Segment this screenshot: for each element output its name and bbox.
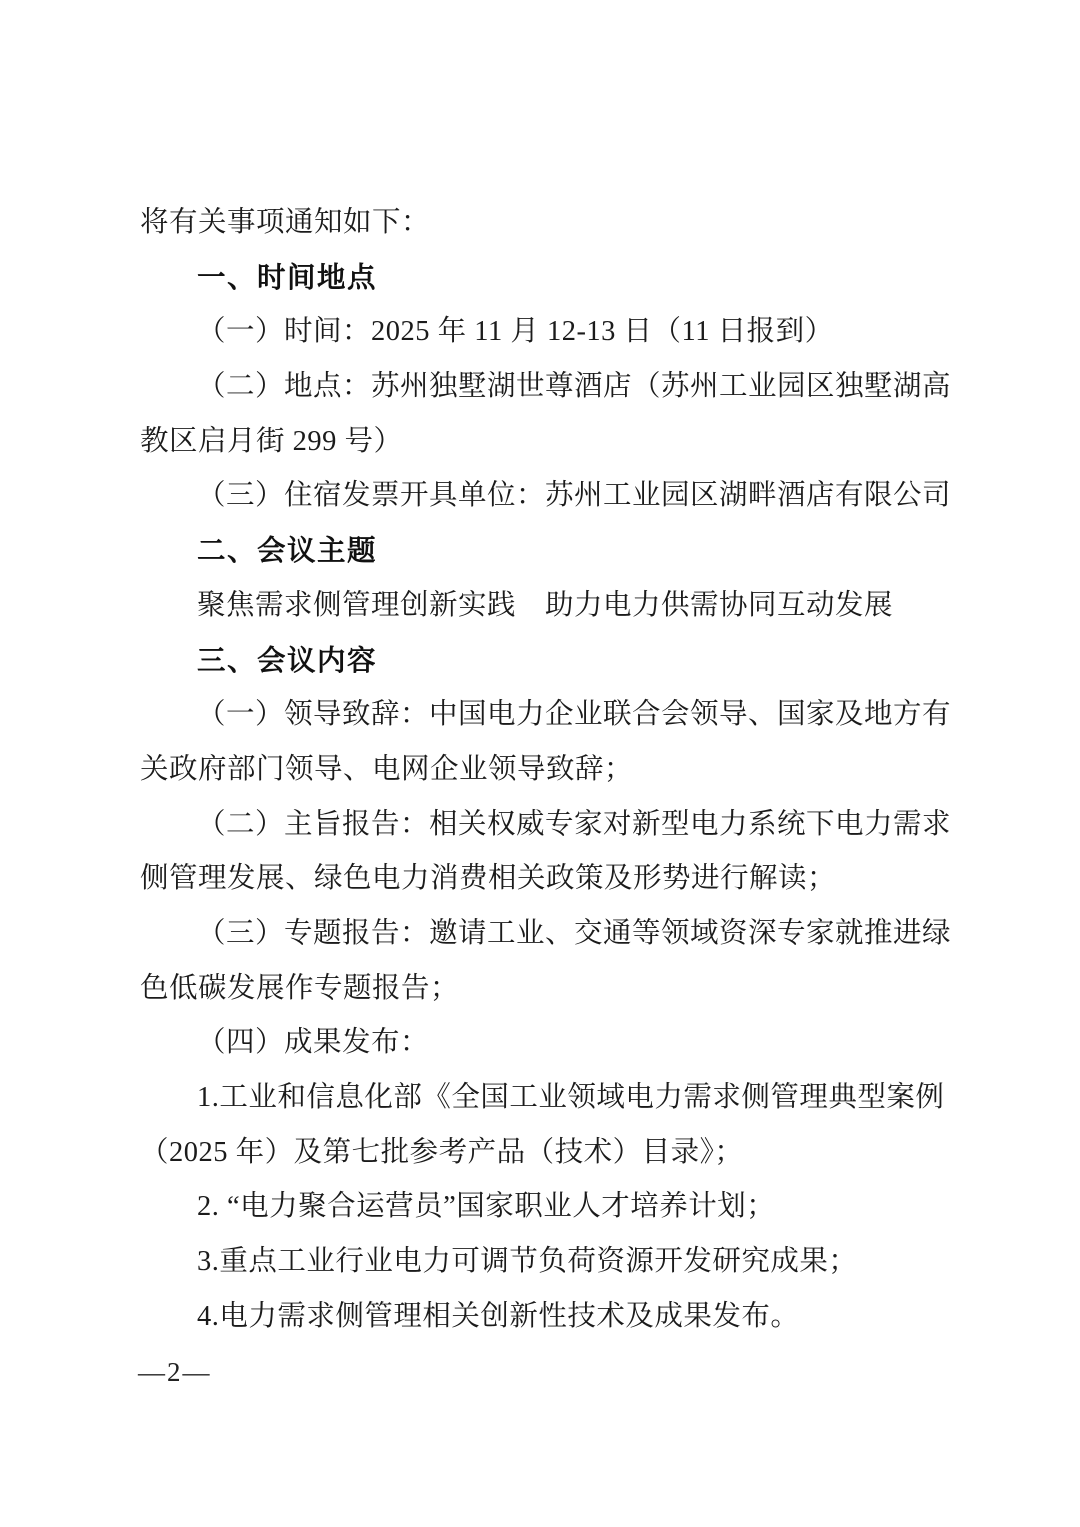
- section-heading: 二、会议主题: [140, 524, 946, 579]
- text-line: （一）领导致辞：中国电力企业联合会领导、国家及地方有: [140, 688, 946, 743]
- text-line: （三）专题报告：邀请工业、交通等领域资深专家就推进绿: [140, 907, 946, 962]
- text-line: 3.重点工业行业电力可调节负荷资源开发研究成果；: [140, 1235, 946, 1290]
- text-line: 将有关事项通知如下：: [140, 196, 946, 251]
- section-heading: 三、会议内容: [140, 634, 946, 689]
- text-line: 侧管理发展、绿色电力消费相关政策及形势进行解读；: [140, 852, 946, 907]
- text-line: 色低碳发展作专题报告；: [140, 962, 946, 1017]
- text-line: 4.电力需求侧管理相关创新性技术及成果发布。: [140, 1290, 946, 1345]
- text-line: 教区启月街 299 号）: [140, 415, 946, 470]
- text-line: 1.工业和信息化部《全国工业领域电力需求侧管理典型案例: [140, 1071, 946, 1126]
- page-number: —2—: [138, 1352, 212, 1392]
- text-line: （2025 年）及第七批参考产品（技术）目录》；: [140, 1126, 946, 1181]
- document-page: 将有关事项通知如下：一、时间地点（一）时间：2025 年 11 月 12-13 …: [0, 0, 1080, 1527]
- text-line: （二）地点：苏州独墅湖世尊酒店（苏州工业园区独墅湖高: [140, 360, 946, 415]
- text-line: （一）时间：2025 年 11 月 12-13 日（11 日报到）: [140, 305, 946, 360]
- section-heading: 一、时间地点: [140, 251, 946, 306]
- text-line: 关政府部门领导、电网企业领导致辞；: [140, 743, 946, 798]
- text-line: （三）住宿发票开具单位：苏州工业园区湖畔酒店有限公司: [140, 469, 946, 524]
- text-line: （二）主旨报告：相关权威专家对新型电力系统下电力需求: [140, 798, 946, 853]
- text-line: 2. “电力聚合运营员”国家职业人才培养计划；: [140, 1180, 946, 1235]
- text-line: （四）成果发布：: [140, 1016, 946, 1071]
- text-line: 聚焦需求侧管理创新实践 助力电力供需协同互动发展: [140, 579, 946, 634]
- document-body: 将有关事项通知如下：一、时间地点（一）时间：2025 年 11 月 12-13 …: [140, 196, 946, 1344]
